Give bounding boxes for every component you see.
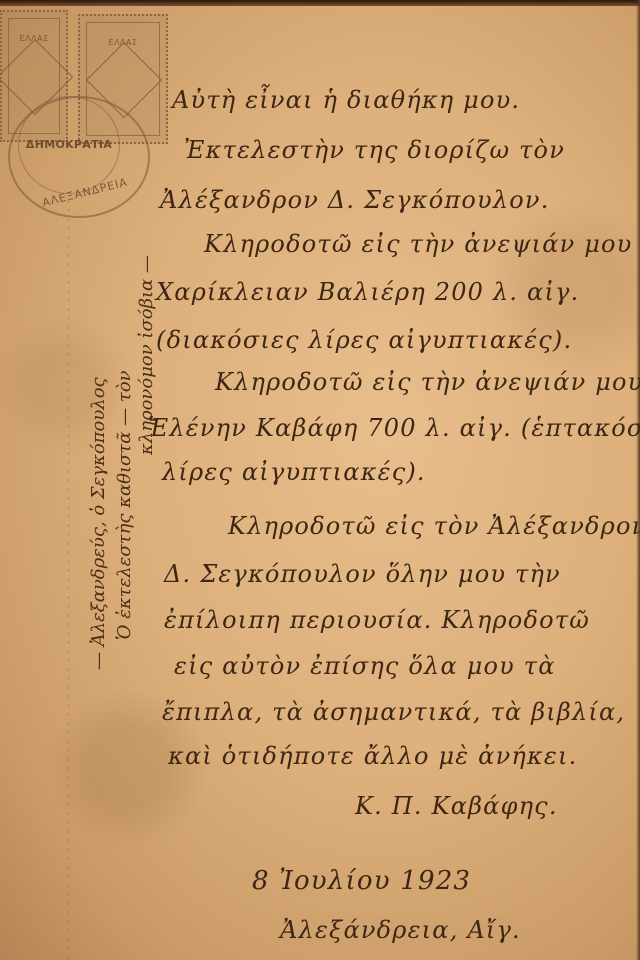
margin-annotation-line: Ὁ ἐκτελεστὴς καθιστᾶ — τὸν — [114, 370, 135, 640]
place-line: Ἀλεξάνδρεια, Αἴγ. — [280, 916, 521, 944]
margin-annotation-line: κληρονόμον ἰσόβια — — [136, 255, 157, 455]
will-line: Χαρίκλειαν Βαλιέρη 200 λ. αἰγ. — [156, 278, 579, 306]
will-line: Ἀλέξανδρον Δ. Σεγκόπουλον. — [160, 186, 550, 214]
will-line: Κληροδοτῶ εἰς τὸν Ἀλέξανδρον — [228, 512, 640, 540]
fold-line — [68, 200, 69, 960]
date-line: 8 Ἰουλίου 1923 — [252, 866, 471, 896]
will-line: Κληροδοτῶ εἰς τὴν ἀνεψιάν μου — [215, 368, 640, 396]
will-line: Κληροδοτῶ εἰς τὴν ἀνεψιάν μου — [204, 230, 632, 258]
will-line: εἰς αὐτὸν ἐπίσης ὅλα μου τὰ — [174, 652, 556, 680]
margin-annotation-line: — Ἀλεξανδρεύς, ὁ Σεγκόπουλος — [88, 377, 109, 670]
will-line: Ἑλένην Καβάφη 700 λ. αἰγ. (ἑπτακόσιες — [148, 414, 640, 442]
photo-right-edge — [636, 0, 640, 960]
will-line: Αὐτὴ εἶναι ἡ διαθήκη μου. — [172, 86, 520, 114]
document-page: ΕΛΛΑΣ ΕΛΛΑΣ ΔΗΜΟΚΡΑΤΙΑ ΑΛΕΞΑΝΔΡΕΙΑ Αὐτὴ … — [0, 0, 640, 960]
will-line: ἐπίλοιπη περιουσία. Κληροδοτῶ — [164, 606, 590, 634]
stamp-label: ΕΛΛΑΣ — [80, 38, 166, 47]
photo-top-edge — [0, 0, 640, 6]
signature: Κ. Π. Καβάφης. — [355, 792, 558, 820]
will-line: Δ. Σεγκόπουλον ὅλην μου τὴν — [164, 560, 561, 588]
stamp-label: ΕΛΛΑΣ — [2, 34, 66, 43]
will-line: (διακόσιες λίρες αἰγυπτιακές). — [156, 326, 572, 354]
postmark-text-top: ΔΗΜΟΚΡΑΤΙΑ — [14, 138, 124, 151]
will-line: Ἐκτελεστὴν της διορίζω τὸν — [184, 136, 565, 164]
will-line: λίρες αἰγυπτιακές). — [162, 458, 426, 486]
will-line: καὶ ὁτιδήποτε ἄλλο μὲ ἀνήκει. — [168, 742, 577, 770]
will-line: ἔπιπλα, τὰ ἀσημαντικά, τὰ βιβλία, — [162, 698, 625, 726]
